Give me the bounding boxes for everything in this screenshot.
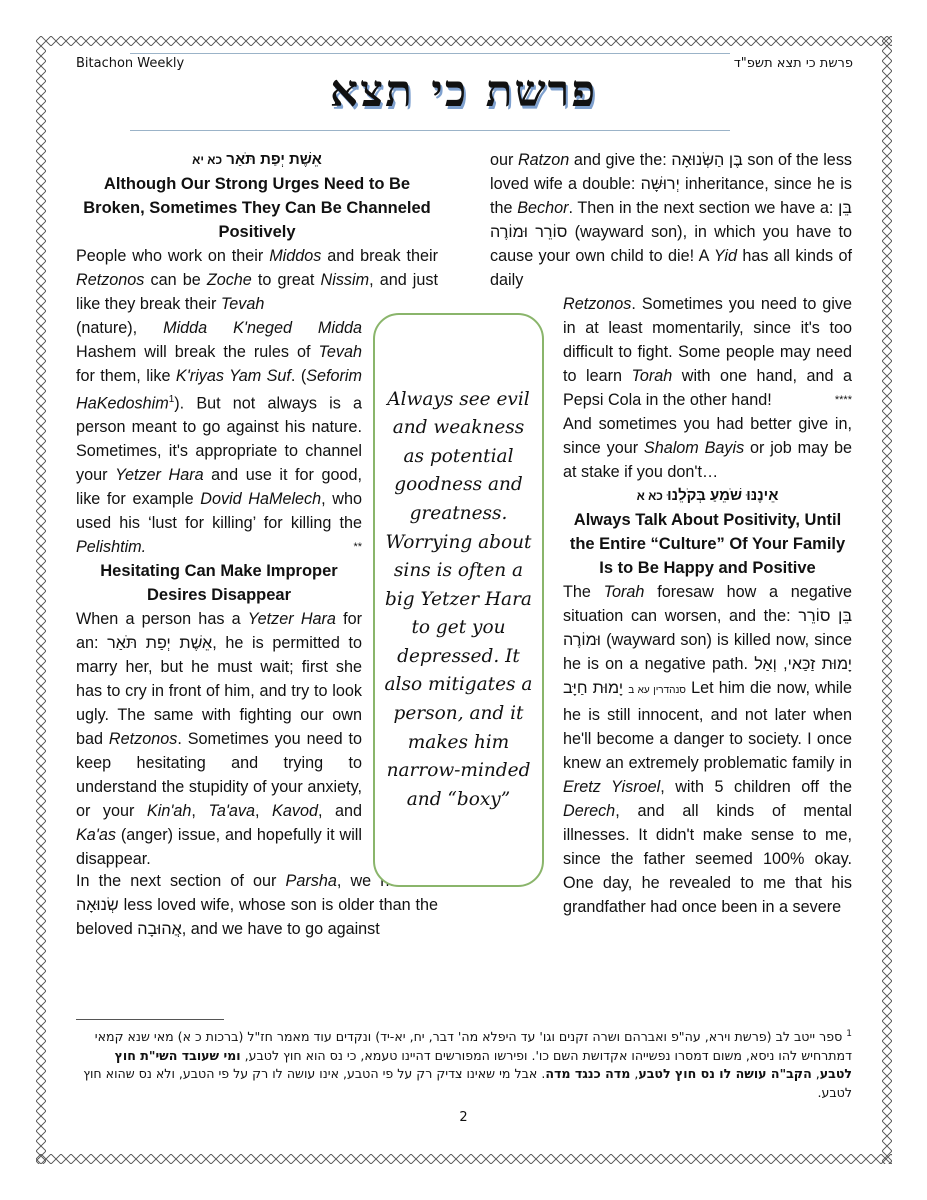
border-left xyxy=(36,36,46,1164)
section-heading: Always Talk About Positivity, Until the … xyxy=(563,508,852,580)
section-separator: **** xyxy=(835,388,852,412)
paragraph: The Torah foresaw how a negative situati… xyxy=(563,580,852,919)
right-column: our Ratzon and give the: בֶּן הַשְּׂנוּא… xyxy=(490,148,852,919)
border-right xyxy=(882,36,892,1164)
paragraph: When a person has a Yetzer Hara for an: … xyxy=(76,607,362,871)
footnote-number: 1 xyxy=(846,1029,852,1039)
section-hebrew-title: אֵשֶׁת יְפַת תֹּאַר כא יא xyxy=(76,148,438,172)
page-title: פרשת כי תצא xyxy=(0,66,927,117)
header-top-rule xyxy=(130,53,730,54)
footnote: 1 ספר ייטב לב (פרשת וירא, עה"פ ואברהם וש… xyxy=(76,1025,852,1102)
section-separator: ** xyxy=(353,535,362,559)
paragraph: People who work on their Middos and brea… xyxy=(76,244,438,316)
header-bottom-rule xyxy=(130,130,730,131)
paragraph: our Ratzon and give the: בֶּן הַשְּׂנוּא… xyxy=(490,148,852,292)
page-number: 2 xyxy=(0,1110,927,1125)
wrapped-text: Retzonos. Sometimes you need to give in … xyxy=(563,292,852,919)
section-heading: Hesitating Can Make Improper Desires Dis… xyxy=(76,559,362,607)
pull-quote-box: Always see evil and weakness as potentia… xyxy=(373,313,544,887)
section-hebrew-title: אֵינֶנּוּ שֹׁמֵעַ בְּקֹלֵנוּ כא א xyxy=(563,484,852,508)
paragraph: Retzonos. Sometimes you need to give in … xyxy=(563,292,852,412)
pull-quote-text: Always see evil and weakness as potentia… xyxy=(383,386,534,815)
footnote-separator xyxy=(76,1019,224,1020)
border-top xyxy=(36,36,892,46)
paragraph: (nature), Midda K'neged Midda Hashem wil… xyxy=(76,316,362,559)
section-heading: Although Our Strong Urges Need to Be Bro… xyxy=(76,172,438,244)
paragraph: And sometimes you had better give in, si… xyxy=(563,412,852,484)
border-bottom xyxy=(36,1154,892,1164)
